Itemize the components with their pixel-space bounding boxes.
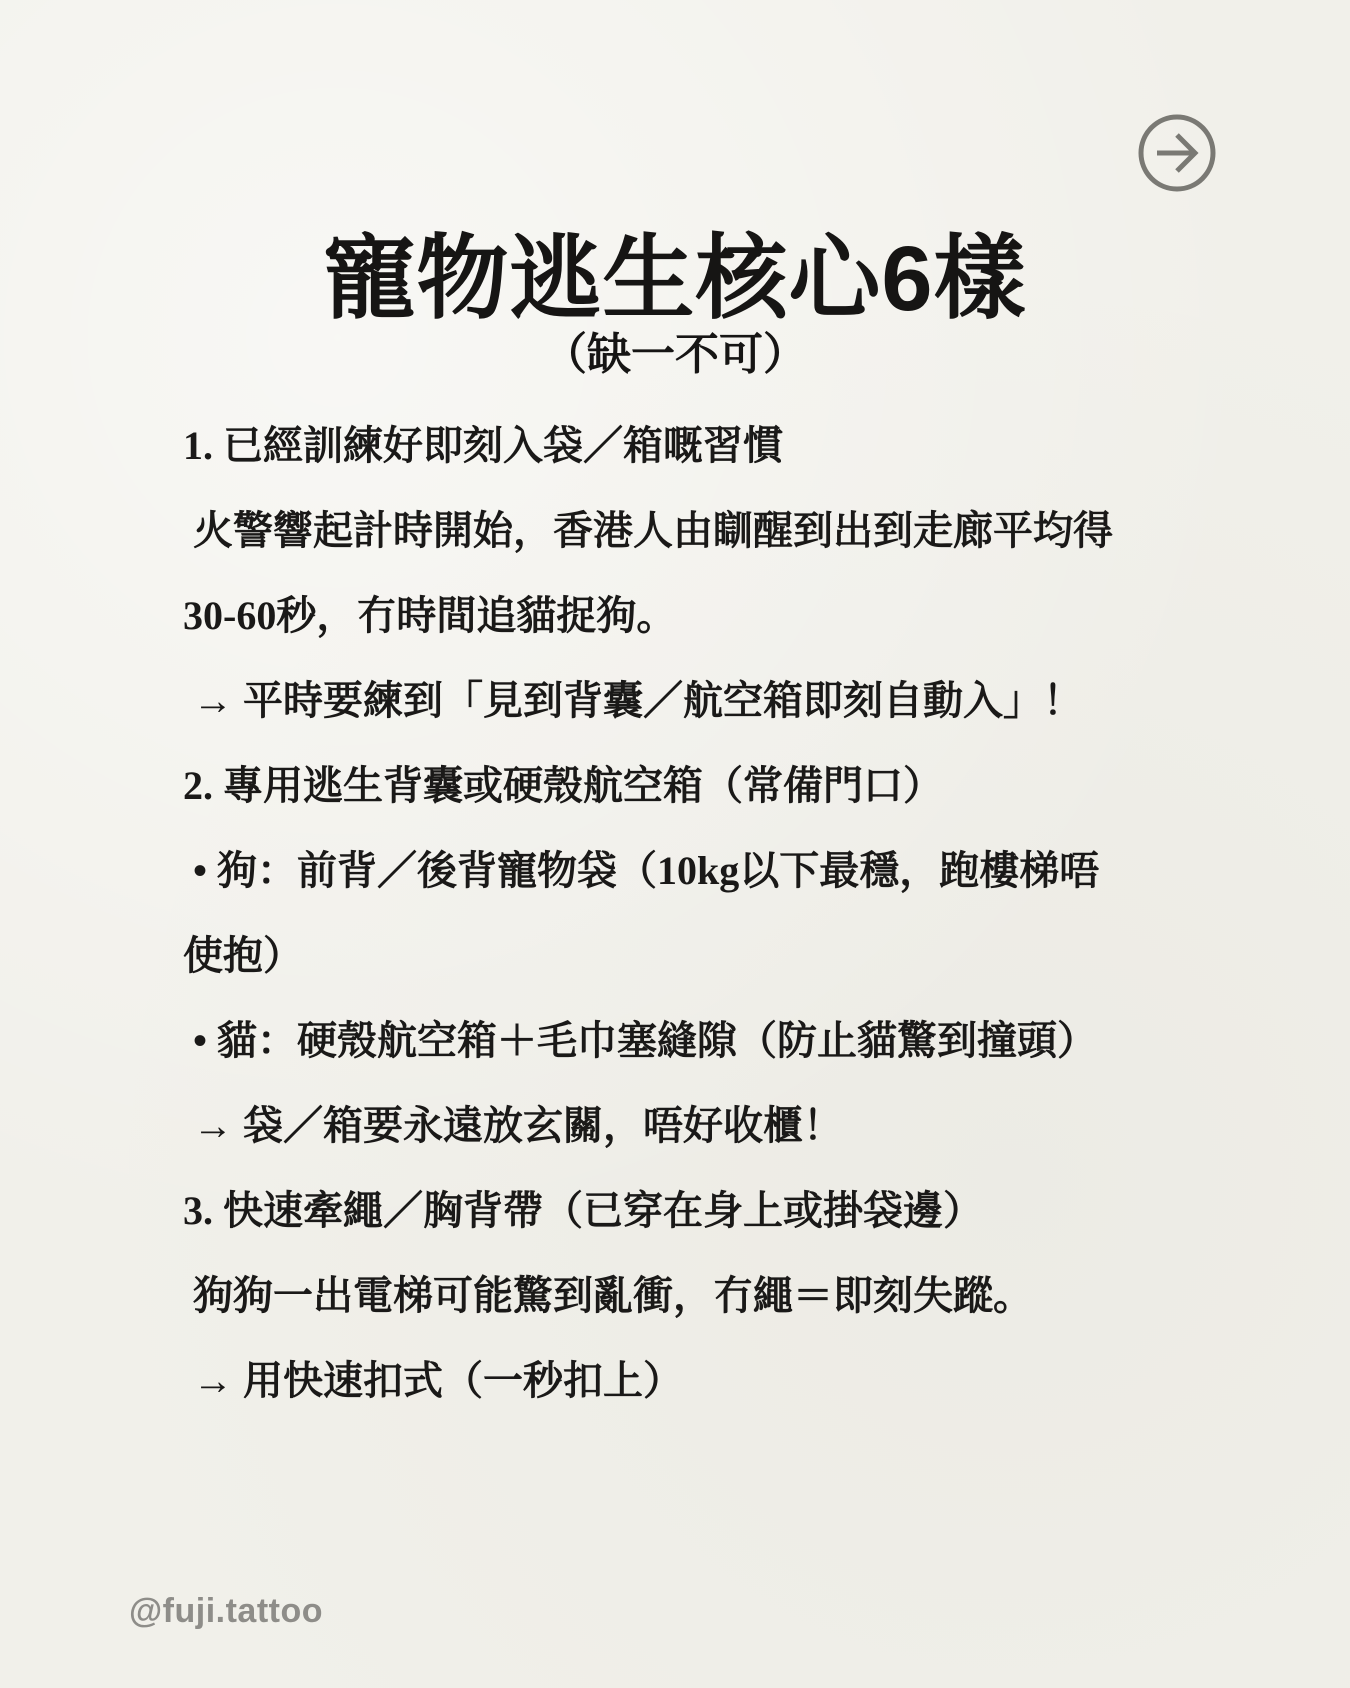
body-text-block: 1. 已經訓練好即刻入袋／箱嘅習慣 火警響起計時開始，香港人由瞓醒到出到走廊平均… <box>183 403 1303 1423</box>
body-line: 火警響起計時開始，香港人由瞓醒到出到走廊平均得 <box>183 488 1303 573</box>
arrow-right-circle-icon <box>1138 114 1216 192</box>
page-subtitle: （缺一不可） <box>0 332 1350 378</box>
body-line: • 狗：前背／後背寵物袋（10kg以下最穩，跑樓梯唔 <box>183 828 1303 913</box>
body-line: → 用快速扣式（一秒扣上） <box>183 1338 1303 1423</box>
body-line: 使抱） <box>183 913 1303 998</box>
body-line: 狗狗一出電梯可能驚到亂衝，冇繩＝即刻失蹤。 <box>183 1253 1303 1338</box>
watermark: @fuji.tattoo <box>129 1593 323 1629</box>
infographic-page: 寵物逃生核心6樣 （缺一不可） 1. 已經訓練好即刻入袋／箱嘅習慣 火警響起計時… <box>0 0 1350 1688</box>
next-arrow-button[interactable] <box>1138 114 1216 192</box>
body-line: • 貓：硬殼航空箱＋毛巾塞縫隙（防止貓驚到撞頭） <box>183 998 1303 1083</box>
body-line: 2. 專用逃生背囊或硬殼航空箱（常備門口） <box>183 743 1303 828</box>
body-line: 30-60秒，冇時間追貓捉狗。 <box>183 573 1303 658</box>
body-line: 3. 快速牽繩／胸背帶（已穿在身上或掛袋邊） <box>183 1168 1303 1253</box>
body-line: 1. 已經訓練好即刻入袋／箱嘅習慣 <box>183 403 1303 488</box>
body-line: → 平時要練到「見到背囊／航空箱即刻自動入」！ <box>183 658 1303 743</box>
page-title: 寵物逃生核心6樣 <box>0 228 1350 330</box>
body-line: → 袋／箱要永遠放玄關，唔好收櫃！ <box>183 1083 1303 1168</box>
